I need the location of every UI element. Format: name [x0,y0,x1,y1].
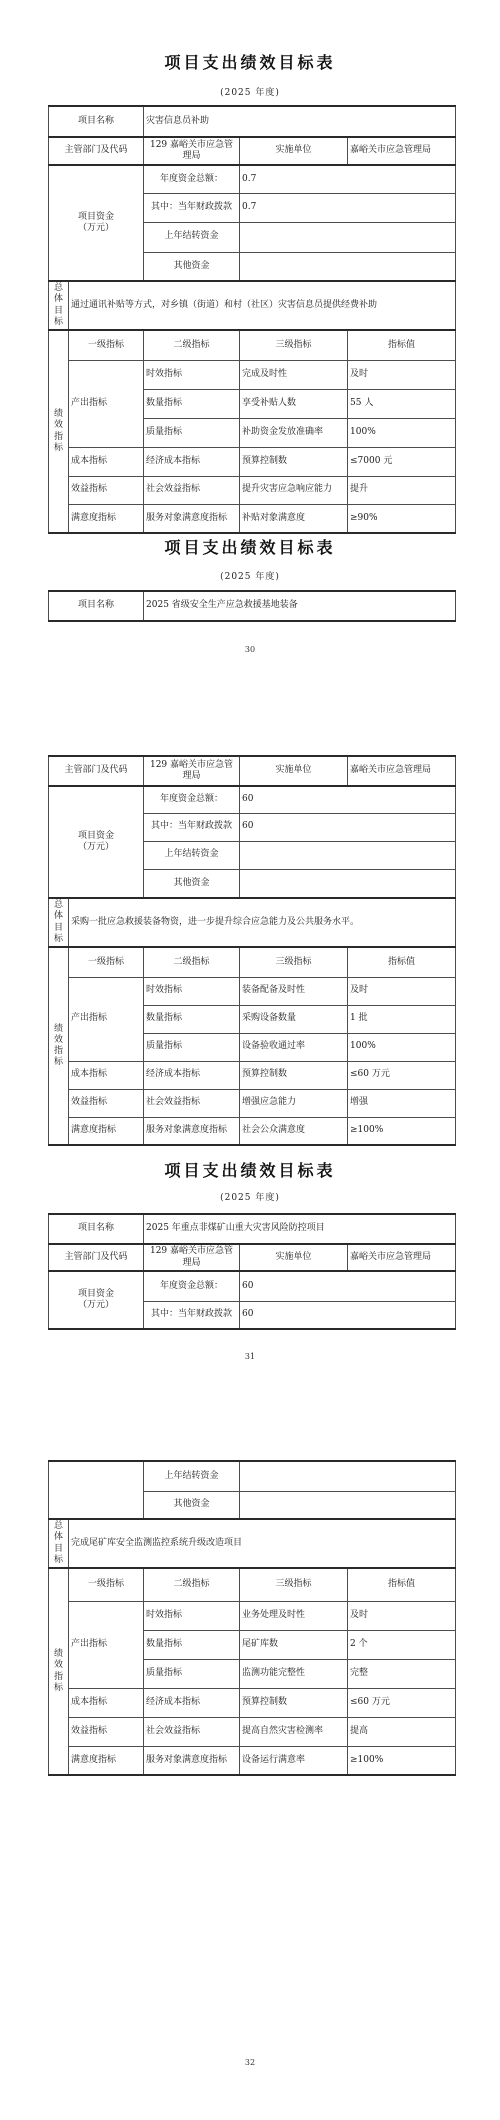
annual-total-label: 年度资金总额： [144,786,240,813]
indicator-value-cell: 及时 [348,977,456,1005]
perf-line1: 绩效 [54,409,63,430]
perf-line2: 指标 [54,1672,63,1693]
indicator-l1-cell: 效益指标 [69,476,144,504]
level1-header: 一级指标 [69,947,144,977]
indicator-value-cell: ≥100% [348,1117,456,1145]
project-funds-line1: 项目资金 [78,831,114,841]
perf-table-1: 项目名称 灾害信息员补助 主管部门及代码 129 嘉峪关市应急管理局 实施单位 … [48,105,456,534]
indicator-l3-cell: 业务处理及时性 [240,1601,348,1630]
carryover-label: 上年结转资金 [144,1461,240,1491]
project-funds-line1: 项目资金 [78,1289,114,1299]
value-header: 指标值 [348,947,456,977]
current-fiscal-value: 60 [240,1301,456,1329]
indicator-row: 满意度指标 服务对象满意度指标 设备运行满意率 ≥100% [49,1746,456,1775]
carryover-label: 上年结转资金 [144,841,240,869]
indicator-l3-cell: 享受补贴人数 [240,389,348,418]
indicator-l2-cell: 数量指标 [144,1630,240,1659]
indicator-l2-cell: 服务对象满意度指标 [144,1117,240,1145]
indicator-l3-cell: 补贴对象满意度 [240,504,348,533]
dept-code-label: 主管部门及代码 [49,1244,144,1271]
table-row: 项目资金 （万元） 年度资金总额： 60 [49,1271,456,1301]
indicator-value-cell: ≤60 万元 [348,1061,456,1089]
indicator-l1-cell: 产出指标 [69,360,144,447]
indicator-l3-cell: 预算控制数 [240,447,348,476]
project-name-label: 项目名称 [49,1214,144,1244]
indicator-value-cell: 提升 [348,476,456,504]
indicator-l1-cell: 产出指标 [69,977,144,1061]
current-fiscal-label: 其中：当年财政拨款 [144,813,240,841]
impl-unit-value: 嘉峪关市应急管理局 [348,137,456,165]
table-row: 项目名称 2025 省级安全生产应急救援基地装备 [49,591,456,621]
project-funds-label: 项目资金 （万元） [49,786,144,898]
indicator-l3-cell: 预算控制数 [240,1061,348,1089]
indicator-l2-cell: 服务对象满意度指标 [144,1746,240,1775]
overall-goal-text: 采购一批应急救援装备物资，进一步提升综合应急能力及公共服务水平。 [69,898,456,947]
indicator-l1-cell: 成本指标 [69,1061,144,1089]
overall-goal-line1: 总体 [54,1521,63,1542]
perf-line1: 绩效 [54,1024,63,1045]
indicator-value-cell: ≤60 万元 [348,1688,456,1717]
indicator-l2-cell: 经济成本指标 [144,447,240,476]
indicator-value-cell: 提高 [348,1717,456,1746]
indicator-l3-cell: 装备配备及时性 [240,977,348,1005]
table-row: 绩效 指标 一级指标 二级指标 三级指标 指标值 [49,1568,456,1601]
other-funds-label: 其他资金 [144,1491,240,1519]
carryover-label: 上年结转资金 [144,222,240,252]
indicator-l3-cell: 补助资金发放准确率 [240,418,348,447]
impl-unit-label: 实施单位 [240,137,348,165]
indicator-l2-cell: 社会效益指标 [144,1717,240,1746]
overall-goal-text: 通过通讯补贴等方式，对乡镇（街道）和村（社区）灾害信息员提供经费补助 [69,281,456,330]
carryover-value [240,222,456,252]
year-subtitle: (2025 年度) [0,571,500,583]
indicator-l1-cell: 效益指标 [69,1717,144,1746]
overall-goal-text: 完成尾矿库安全监测监控系统升级改造项目 [69,1519,456,1568]
project-funds-label-empty [49,1461,144,1519]
other-funds-value [240,869,456,898]
indicator-l3-cell: 设备运行满意率 [240,1746,348,1775]
level1-header: 一级指标 [69,1568,144,1601]
annual-total-label: 年度资金总额： [144,165,240,193]
overall-goal-line2: 目标 [54,923,63,944]
project-funds-line2: （万元） [78,223,114,233]
table-row: 绩效 指标 一级指标 二级指标 三级指标 指标值 [49,947,456,977]
indicator-l2-cell: 时效指标 [144,1601,240,1630]
project-funds-line2: （万元） [78,1300,114,1310]
table-row: 总体 目标 完成尾矿库安全监测监控系统升级改造项目 [49,1519,456,1568]
indicator-row: 效益指标 社会效益指标 提升灾害应急响应能力 提升 [49,476,456,504]
overall-goal-line1: 总体 [54,900,63,921]
indicator-row: 成本指标 经济成本指标 预算控制数 ≤60 万元 [49,1061,456,1089]
indicator-l2-cell: 质量指标 [144,1033,240,1061]
table-row: 项目名称 灾害信息员补助 [49,106,456,137]
table-row: 项目资金 （万元） 年度资金总额： 60 [49,786,456,813]
indicator-l1-cell: 满意度指标 [69,1746,144,1775]
project-funds-label: 项目资金 （万元） [49,165,144,281]
indicator-l1-cell: 成本指标 [69,447,144,476]
indicator-l3-cell: 采购设备数量 [240,1005,348,1033]
project-funds-line2: （万元） [78,842,114,852]
project-name-value: 2025 年重点非煤矿山重大灾害风险防控项目 [144,1214,456,1244]
indicator-l1-cell: 效益指标 [69,1089,144,1117]
indicator-l2-cell: 社会效益指标 [144,476,240,504]
perf-line1: 绩效 [54,1649,63,1670]
indicator-l2-cell: 服务对象满意度指标 [144,504,240,533]
impl-unit-label: 实施单位 [240,1244,348,1271]
indicator-l1-cell: 满意度指标 [69,1117,144,1145]
indicator-row: 产出指标 时效指标 完成及时性 及时 [49,360,456,389]
indicator-l3-cell: 设备验收通过率 [240,1033,348,1061]
annual-total-value: 60 [240,1271,456,1301]
indicator-l3-cell: 完成及时性 [240,360,348,389]
project-funds-label: 项目资金 （万元） [49,1271,144,1329]
indicator-l2-cell: 数量指标 [144,1005,240,1033]
indicator-row: 效益指标 社会效益指标 增强应急能力 增强 [49,1089,456,1117]
other-funds-value [240,1491,456,1519]
indicator-value-cell: 100% [348,1033,456,1061]
table-row: 上年结转资金 [49,1461,456,1491]
indicator-l3-cell: 提高自然灾害检测率 [240,1717,348,1746]
indicator-l2-cell: 经济成本指标 [144,1688,240,1717]
indicator-value-cell: 2 个 [348,1630,456,1659]
project-name-label: 项目名称 [49,591,144,621]
other-funds-label: 其他资金 [144,869,240,898]
indicator-value-cell: 55 人 [348,389,456,418]
overall-goal-line2: 目标 [54,1544,63,1565]
indicator-value-cell: 100% [348,418,456,447]
level1-header: 一级指标 [69,330,144,360]
perf-indicator-label: 绩效 指标 [49,330,69,533]
year-subtitle: (2025 年度) [0,87,500,99]
page-number: 31 [0,1351,500,1363]
dept-code-value: 129 嘉峪关市应急管理局 [144,756,240,786]
level2-header: 二级指标 [144,1568,240,1601]
year-subtitle: (2025 年度) [0,1192,500,1204]
indicator-row: 产出指标 时效指标 装备配备及时性 及时 [49,977,456,1005]
current-fiscal-value: 0.7 [240,193,456,222]
indicator-l2-cell: 质量指标 [144,418,240,447]
level2-header: 二级指标 [144,330,240,360]
indicator-l1-cell: 成本指标 [69,1688,144,1717]
current-fiscal-value: 60 [240,813,456,841]
table-row: 主管部门及代码 129 嘉峪关市应急管理局 实施单位 嘉峪关市应急管理局 [49,1244,456,1271]
indicator-l2-cell: 社会效益指标 [144,1089,240,1117]
table-row: 总体 目标 采购一批应急救援装备物资，进一步提升综合应急能力及公共服务水平。 [49,898,456,947]
indicator-value-cell: ≤7000 元 [348,447,456,476]
dept-code-value: 129 嘉峪关市应急管理局 [144,1244,240,1271]
indicator-row: 成本指标 经济成本指标 预算控制数 ≤60 万元 [49,1688,456,1717]
level3-header: 三级指标 [240,330,348,360]
level3-header: 三级指标 [240,947,348,977]
indicator-l3-cell: 提升灾害应急响应能力 [240,476,348,504]
level2-header: 二级指标 [144,947,240,977]
value-header: 指标值 [348,330,456,360]
indicator-l2-cell: 经济成本指标 [144,1061,240,1089]
overall-goal-label: 总体 目标 [49,1519,69,1568]
dept-code-value: 129 嘉峪关市应急管理局 [144,137,240,165]
indicator-l3-cell: 尾矿库数 [240,1630,348,1659]
perf-table-2-part1: 项目名称 2025 省级安全生产应急救援基地装备 [48,590,456,622]
table-row: 绩效 指标 一级指标 二级指标 三级指标 指标值 [49,330,456,360]
perf-indicator-label: 绩效 指标 [49,1568,69,1775]
indicator-l2-cell: 数量指标 [144,389,240,418]
annual-total-value: 60 [240,786,456,813]
indicator-l1-cell: 满意度指标 [69,504,144,533]
impl-unit-value: 嘉峪关市应急管理局 [348,756,456,786]
page-number: 32 [0,2057,500,2069]
table-row: 项目资金 （万元） 年度资金总额： 0.7 [49,165,456,193]
indicator-l3-cell: 预算控制数 [240,1688,348,1717]
indicator-l3-cell: 社会公众满意度 [240,1117,348,1145]
project-name-value: 2025 省级安全生产应急救援基地装备 [144,591,456,621]
other-funds-value [240,252,456,281]
table-row: 项目名称 2025 年重点非煤矿山重大灾害风险防控项目 [49,1214,456,1244]
annual-total-value: 0.7 [240,165,456,193]
perf-line2: 指标 [54,432,63,453]
impl-unit-label: 实施单位 [240,756,348,786]
indicator-l1-cell: 产出指标 [69,1601,144,1688]
perf-table-3-part2: 上年结转资金 其他资金 总体 目标 完成尾矿库安全监测监控系统升级改造项目 绩效… [48,1460,456,1776]
indicator-value-cell: 完整 [348,1659,456,1688]
indicator-row: 成本指标 经济成本指标 预算控制数 ≤7000 元 [49,447,456,476]
page-title: 项目支出绩效目标表 [0,1161,500,1181]
page-title: 项目支出绩效目标表 [0,538,500,558]
current-fiscal-label: 其中：当年财政拨款 [144,193,240,222]
page-title: 项目支出绩效目标表 [0,53,500,73]
overall-goal-label: 总体 目标 [49,898,69,947]
project-funds-line1: 项目资金 [78,212,114,222]
level3-header: 三级指标 [240,1568,348,1601]
other-funds-label: 其他资金 [144,252,240,281]
annual-total-label: 年度资金总额： [144,1271,240,1301]
project-name-label: 项目名称 [49,106,144,137]
perf-table-3-part1: 项目名称 2025 年重点非煤矿山重大灾害风险防控项目 主管部门及代码 129 … [48,1213,456,1330]
carryover-value [240,841,456,869]
indicator-value-cell: 1 批 [348,1005,456,1033]
overall-goal-line1: 总体 [54,283,63,304]
indicator-value-cell: 增强 [348,1089,456,1117]
table-row: 总体 目标 通过通讯补贴等方式，对乡镇（街道）和村（社区）灾害信息员提供经费补助 [49,281,456,330]
perf-line2: 指标 [54,1046,63,1067]
impl-unit-value: 嘉峪关市应急管理局 [348,1244,456,1271]
indicator-value-cell: ≥90% [348,504,456,533]
value-header: 指标值 [348,1568,456,1601]
indicator-l2-cell: 时效指标 [144,360,240,389]
overall-goal-line2: 目标 [54,306,63,327]
indicator-l2-cell: 时效指标 [144,977,240,1005]
indicator-value-cell: 及时 [348,360,456,389]
indicator-l3-cell: 监测功能完整性 [240,1659,348,1688]
project-name-value: 灾害信息员补助 [144,106,456,137]
overall-goal-label: 总体 目标 [49,281,69,330]
perf-indicator-label: 绩效 指标 [49,947,69,1145]
table-row: 主管部门及代码 129 嘉峪关市应急管理局 实施单位 嘉峪关市应急管理局 [49,137,456,165]
carryover-value [240,1461,456,1491]
indicator-value-cell: 及时 [348,1601,456,1630]
indicator-row: 产出指标 时效指标 业务处理及时性 及时 [49,1601,456,1630]
indicator-value-cell: ≥100% [348,1746,456,1775]
dept-code-label: 主管部门及代码 [49,756,144,786]
perf-table-2-part2: 主管部门及代码 129 嘉峪关市应急管理局 实施单位 嘉峪关市应急管理局 项目资… [48,755,456,1146]
indicator-l2-cell: 质量指标 [144,1659,240,1688]
page-number: 30 [0,644,500,656]
indicator-l3-cell: 增强应急能力 [240,1089,348,1117]
current-fiscal-label: 其中：当年财政拨款 [144,1301,240,1329]
indicator-row: 满意度指标 服务对象满意度指标 社会公众满意度 ≥100% [49,1117,456,1145]
indicator-row: 效益指标 社会效益指标 提高自然灾害检测率 提高 [49,1717,456,1746]
table-row: 主管部门及代码 129 嘉峪关市应急管理局 实施单位 嘉峪关市应急管理局 [49,756,456,786]
dept-code-label: 主管部门及代码 [49,137,144,165]
indicator-row: 满意度指标 服务对象满意度指标 补贴对象满意度 ≥90% [49,504,456,533]
